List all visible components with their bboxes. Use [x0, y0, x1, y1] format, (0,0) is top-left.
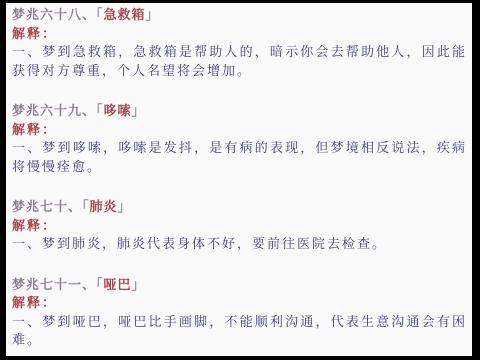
dream-omen-section-70: 梦兆七十、「肺炎」 解释： 一、梦到肺炎，肺炎代表身体不好，要前往医院去检查。 — [12, 199, 467, 255]
section-body: 一、梦到哑巴，哑巴比手画脚，不能顺利沟通，代表生意沟通会有困难。 — [12, 314, 467, 351]
heading-prefix: 梦兆七十一、「 — [12, 278, 104, 293]
section-heading: 梦兆七十一、「哑巴」 — [12, 277, 467, 296]
section-heading: 梦兆六十九、「哆嗦」 — [12, 103, 467, 122]
document-page: 梦兆六十八、「急救箱」 解释： 一、梦到急救箱，急救箱是帮助人的，暗示你会去帮助… — [6, 3, 472, 356]
heading-prefix: 梦兆六十八、「 — [12, 8, 104, 23]
explain-label: 解释： — [12, 295, 467, 314]
heading-prefix: 梦兆六十九、「 — [12, 104, 104, 119]
heading-term: 肺炎 — [90, 200, 118, 215]
heading-suffix: 」 — [118, 200, 132, 215]
heading-term: 急救箱 — [104, 8, 146, 23]
heading-prefix: 梦兆七十、「 — [12, 200, 90, 215]
section-body: 一、梦到哆嗦，哆嗦是发抖，是有病的表现，但梦境相反说法，疾病将慢慢痊愈。 — [12, 140, 467, 177]
section-heading: 梦兆七十、「肺炎」 — [12, 199, 467, 218]
dream-omen-section-69: 梦兆六十九、「哆嗦」 解释： 一、梦到哆嗦，哆嗦是发抖，是有病的表现，但梦境相反… — [12, 103, 467, 177]
heading-term: 哑巴 — [104, 278, 132, 293]
dream-omen-section-68: 梦兆六十八、「急救箱」 解释： 一、梦到急救箱，急救箱是帮助人的，暗示你会去帮助… — [12, 7, 467, 81]
section-heading: 梦兆六十八、「急救箱」 — [12, 7, 467, 26]
heading-suffix: 」 — [146, 8, 160, 23]
explain-label: 解释： — [12, 122, 467, 141]
video-frame: { "page": { "background": "#fbfafa", "fr… — [0, 0, 480, 360]
section-body: 一、梦到肺炎，肺炎代表身体不好，要前往医院去检查。 — [12, 236, 467, 255]
explain-label: 解释： — [12, 218, 467, 237]
heading-term: 哆嗦 — [104, 104, 132, 119]
dream-omen-section-71: 梦兆七十一、「哑巴」 解释： 一、梦到哑巴，哑巴比手画脚，不能顺利沟通，代表生意… — [12, 277, 467, 351]
section-body: 一、梦到急救箱，急救箱是帮助人的，暗示你会去帮助他人，因此能获得对方尊重，个人名… — [12, 44, 467, 81]
heading-suffix: 」 — [132, 278, 146, 293]
explain-label: 解释： — [12, 26, 467, 45]
heading-suffix: 」 — [132, 104, 146, 119]
